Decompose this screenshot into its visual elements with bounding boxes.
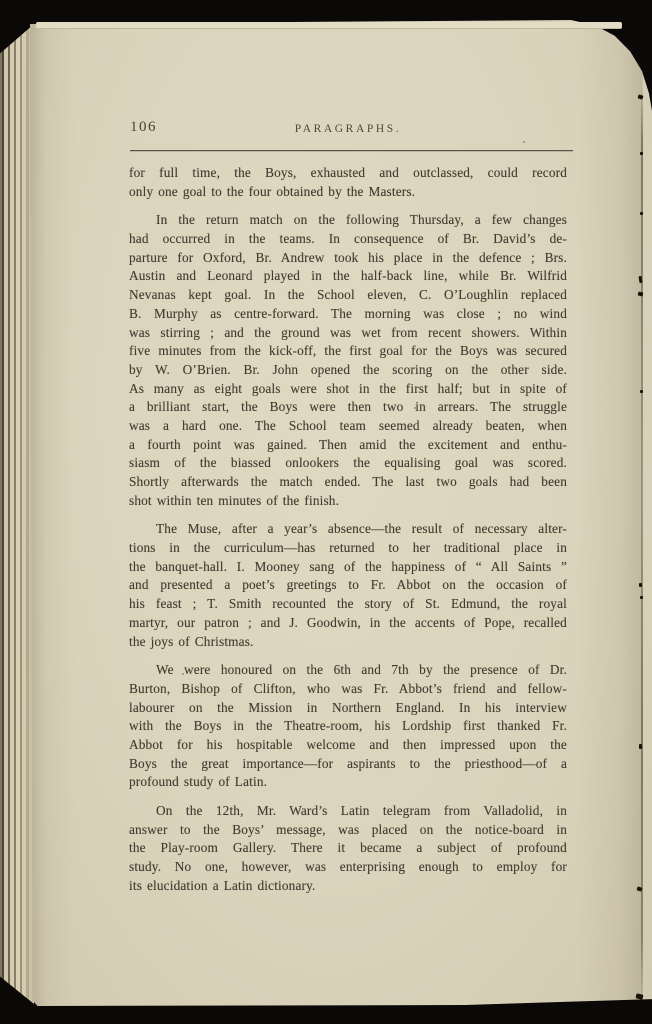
text-line: only one goal to the four obtained by th… — [129, 183, 567, 202]
text-block: for full time, the Boys, exhausted and o… — [129, 164, 567, 905]
book-photo: 106 PARAGRAPHS. for full time, the Boys,… — [0, 0, 652, 1024]
text-line: the joys of Christmas. — [129, 633, 567, 652]
paragraph: In the return match on the following Thu… — [129, 211, 567, 510]
text-line: Boys the great importance—for aspirants … — [129, 755, 567, 774]
text-line: martyr, our patron ; and J. Goodwin, in … — [129, 614, 567, 633]
text-line: a fourth point was gained. Then amid the… — [129, 436, 567, 455]
text-line: had occurred in the teams. In consequenc… — [129, 230, 567, 249]
text-line: Austin and Leonard played in the half-ba… — [129, 267, 567, 286]
text-line: its elucidation a Latin dictionary. — [129, 877, 567, 896]
text-line: Burton, Bishop of Clifton, who was Fr. A… — [129, 680, 567, 699]
text-line: We were honoured on the 6th and 7th by t… — [129, 661, 567, 680]
paragraph: On the 12th, Mr. Ward’s Latin telegram f… — [129, 802, 567, 895]
text-line: Nevanas kept goal. In the School eleven,… — [129, 286, 567, 305]
paragraph: We were honoured on the 6th and 7th by t… — [129, 661, 567, 792]
text-line: answer to the Boys’ message, was placed … — [129, 821, 567, 840]
text-line: was a hard one. The School team seemed a… — [129, 417, 567, 436]
text-line: was stirring ; and the ground was wet fr… — [129, 324, 567, 343]
text-line: The Muse, after a year’s absence—the res… — [129, 520, 567, 539]
text-line: As many as eight goals were shot in the … — [129, 380, 567, 399]
text-line: the banquet-hall. I. Mooney sang of the … — [129, 558, 567, 577]
text-line: Shortly afterwards the match ended. The … — [129, 473, 567, 492]
text-line: labourer on the Mission in Northern Engl… — [129, 699, 567, 718]
text-line: study. No one, however, was enterprising… — [129, 858, 567, 877]
text-line: In the return match on the following Thu… — [129, 211, 567, 230]
text-line: parture for Oxford, Br. Andrew took his … — [129, 249, 567, 268]
text-line: his feast ; T. Smith recounted the story… — [129, 595, 567, 614]
text-line: by W. O’Brien. Br. John opened the scori… — [129, 361, 567, 380]
text-line: for full time, the Boys, exhausted and o… — [129, 164, 567, 183]
text-line: siasm of the biassed onlookers the equal… — [129, 454, 567, 473]
text-line: five minutes from the kick-off, the firs… — [129, 342, 567, 361]
text-line: On the 12th, Mr. Ward’s Latin telegram f… — [129, 802, 567, 821]
text-line: profound study of Latin. — [129, 773, 567, 792]
paragraph: for full time, the Boys, exhausted and o… — [129, 164, 567, 201]
text-line: with the Boys in the Theatre-room, his L… — [129, 717, 567, 736]
paragraph: The Muse, after a year’s absence—the res… — [129, 520, 567, 651]
text-line: a brilliant start, the Boys were then tw… — [129, 398, 567, 417]
text-line: the Play-room Gallery. There it became a… — [129, 839, 567, 858]
text-line: shot within ten minutes of the finish. — [129, 492, 567, 511]
text-line: and presented a poet’s greetings to Fr. … — [129, 576, 567, 595]
header-rule — [130, 150, 573, 151]
text-line: B. Murphy as centre-forward. The morning… — [129, 305, 567, 324]
text-line: Abbot for his hospitable welcome and the… — [129, 736, 567, 755]
running-header: PARAGRAPHS. — [129, 123, 567, 135]
text-line: tions in the curriculum—has returned to … — [129, 539, 567, 558]
printed-content: 106 PARAGRAPHS. for full time, the Boys,… — [0, 0, 652, 1024]
